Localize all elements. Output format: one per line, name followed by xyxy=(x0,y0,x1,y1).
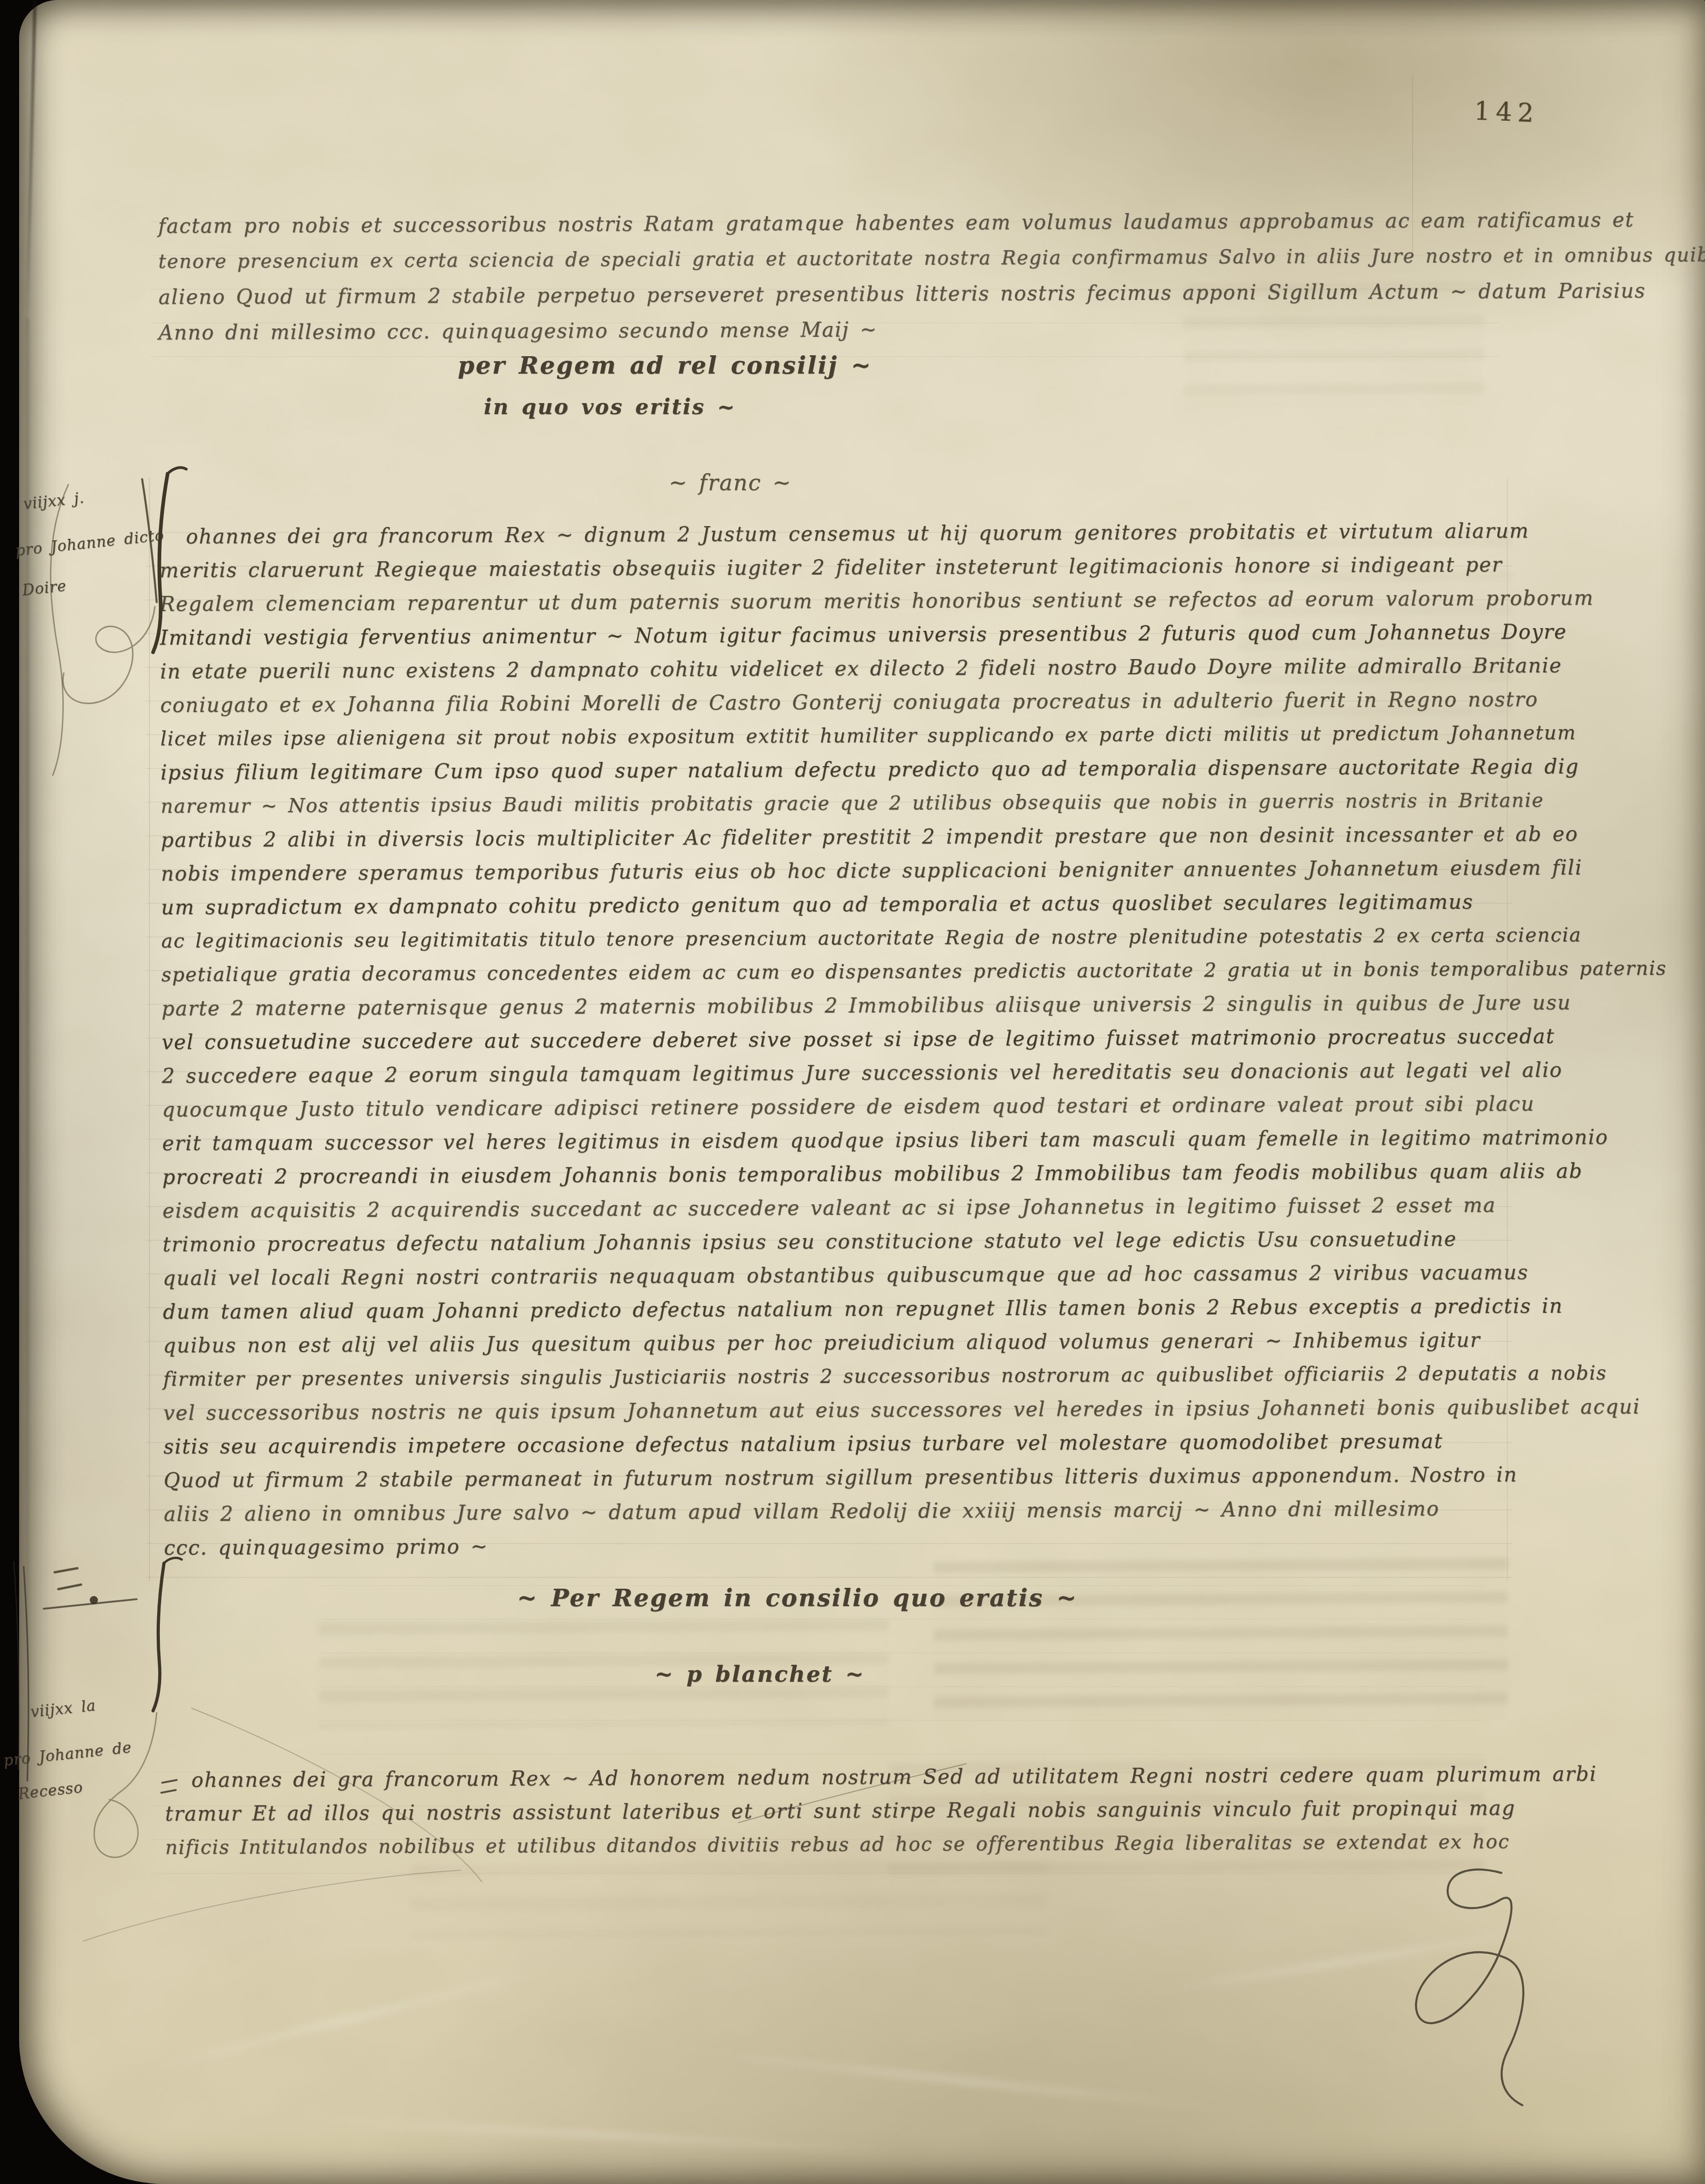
photograph-of-manuscript: 142 factam pro nobis et successoribus no… xyxy=(0,0,1705,2184)
parchment-grain-texture xyxy=(0,0,1705,2184)
